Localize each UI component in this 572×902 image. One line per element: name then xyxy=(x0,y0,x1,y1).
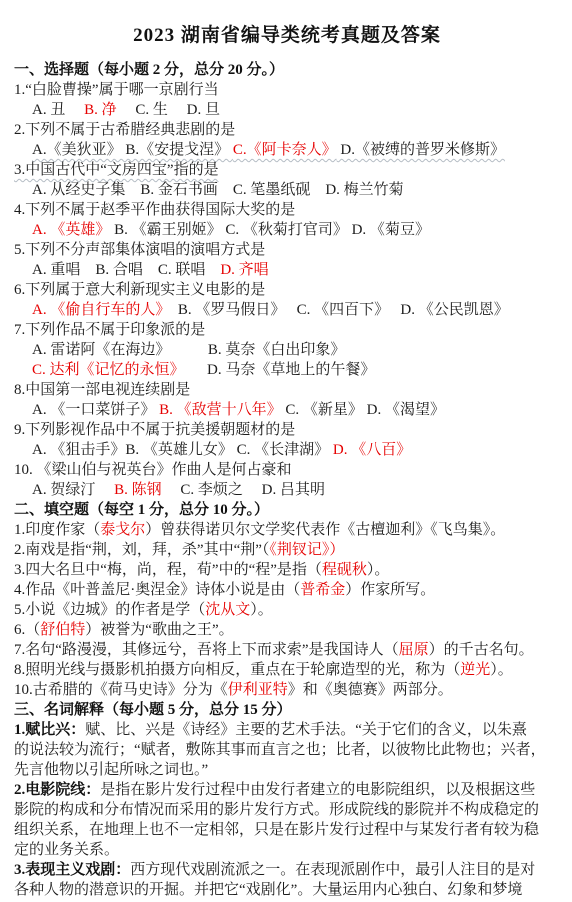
option-line: A. 《英雄》 B. 《霸王别姬》 C. 《秋菊打官司》 D. 《菊豆》 xyxy=(14,220,560,240)
question-stem: 1.“白脸曹操”属于哪一京剧行当 xyxy=(14,80,560,100)
question-stem: 9.下列影视作品中不属于抗美援朝题材的是 xyxy=(14,420,560,440)
text-segment: 1.“白脸曹操”属于哪一京剧行当 xyxy=(14,82,219,98)
text-segment: C. 《新星》 D. 《渴望》 xyxy=(282,402,445,418)
text-segment: 4.作品《叶普盖尼·奥涅金》诗体小说是由（ xyxy=(14,582,300,598)
blank-item-line: 6.（舒伯特）被誉为“歌曲之王”。 xyxy=(14,620,560,640)
text-segment: D.《被缚的普罗米修斯》 xyxy=(337,142,505,158)
option-line: A. 贺绿汀 B. 陈钢 C. 李烦之 D. 吕其明 xyxy=(14,480,560,500)
text-segment: 》和《奥德赛》两部分。 xyxy=(288,682,453,698)
text-segment: 赋、比、兴是《诗经》主要的艺术手法。“关于它们的含义，以朱熹 xyxy=(85,722,527,738)
text-segment: 3.中国古代中“文房四宝”指的是 xyxy=(14,162,219,178)
text-segment: 4.下列不属于赵季平作曲获得国际大奖的是 xyxy=(14,202,295,218)
text-segment: 9.下列影视作品中不属于抗美援朝题材的是 xyxy=(14,422,295,438)
text-segment: 2.下列不属于古希腊经典悲剧的是 xyxy=(14,122,235,138)
text-segment: B. 《罗马假日》 C. 《四百下》 D. 《公民凯恩》 xyxy=(163,302,509,318)
text-segment: 8.中国第一部电视连续剧是 xyxy=(14,382,190,398)
text-segment: 2.电影院线： xyxy=(14,782,100,798)
text-segment: 5.下列不分声部集体演唱的演唱方式是 xyxy=(14,242,265,258)
blank-item-line: 10.古希腊的《荷马史诗》分为《伊利亚特》和《奥德赛》两部分。 xyxy=(14,680,560,700)
answer-text: C. 达利《记忆的永恒》 xyxy=(32,362,177,378)
text-segment: A. 丑 xyxy=(32,102,84,118)
answer-text: 伊利亚特 xyxy=(228,682,288,698)
definition-line: 2.电影院线：是指在影片发行过程中由发行者建立的电影院组织，以及根据这些 xyxy=(14,780,560,800)
definition-line: 各种人物的潜意识的开掘。并把它“戏剧化”。大量运用内心独白、幻象和梦境 xyxy=(14,880,560,900)
text-segment: 6.下列属于意大利新现实主义电影的是 xyxy=(14,282,265,298)
text-segment: C. 生 D. 旦 xyxy=(117,102,220,118)
text-segment: 8.照明光线与摄影机拍摄方向相反，重点在于轮廓造型的光，称为（ xyxy=(14,662,460,678)
option-line: C. 达利《记忆的永恒》 D. 马奈《草地上的午餐》 xyxy=(14,360,560,380)
text-segment: ）。 xyxy=(367,562,390,578)
question-stem: 7.下列作品不属于印象派的是 xyxy=(14,320,560,340)
text-segment: 3.表现主义戏剧： xyxy=(14,862,130,878)
text-segment: 10.古希腊的《荷马史诗》分为《 xyxy=(14,682,228,698)
text-segment: 各种人物的潜意识的开掘。并把它“戏剧化”。大量运用内心独白、幻象和梦境 xyxy=(14,882,522,898)
question-stem: 10. 《梁山伯与祝英台》作曲人是何占豪和 xyxy=(14,460,560,480)
blank-item-line: 3.四大名旦中“梅，尚，程，荀”中的“程”是指（程砚秋）。 xyxy=(14,560,560,580)
answer-text: 逆光 xyxy=(460,662,490,678)
answer-text: B. 净 xyxy=(84,102,117,118)
question-stem: 3.中国古代中“文房四宝”指的是 xyxy=(14,160,560,180)
text-segment: ）曾获得诺贝尔文学奖代表作《古檀迦利》《飞鸟集》。 xyxy=(145,522,505,538)
text-segment: 7.下列作品不属于印象派的是 xyxy=(14,322,205,338)
document-body: 一、选择题（每小题 2 分，总分 20 分。）1.“白脸曹操”属于哪一京剧行当A… xyxy=(14,60,560,900)
text-segment: 影院的构成和分布情况而采用的影片发行方式。形成院线的影院并不构成稳定的 xyxy=(14,802,539,818)
text-segment: D. 马奈《草地上的午餐》 xyxy=(177,362,375,378)
answer-text: 普希金 xyxy=(300,582,345,598)
section-heading-choice: 一、选择题（每小题 2 分，总分 20 分。） xyxy=(14,60,560,80)
text-segment: A. 从经史子集 B. 金石书画 C. 笔墨纸砚 D. 梅兰竹菊 xyxy=(32,182,404,198)
text-segment: 1.印度作家（ xyxy=(14,522,100,538)
answer-text: A. 《英雄》 xyxy=(32,222,110,238)
definition-line: 1.赋比兴：赋、比、兴是《诗经》主要的艺术手法。“关于它们的含义，以朱熹 xyxy=(14,720,560,740)
section-heading-blank: 二、填空题（每空 1 分，总分 10 分。） xyxy=(14,500,560,520)
question-stem: 6.下列属于意大利新现实主义电影的是 xyxy=(14,280,560,300)
text-segment: A. 贺绿汀 xyxy=(32,482,114,498)
text-segment: 2.南戏是指“荆，刘，拜，杀”其中“荆”（ xyxy=(14,542,269,558)
text-segment: 3.四大名旦中“梅，尚，程，荀”中的“程”是指（ xyxy=(14,562,322,578)
question-stem: 8.中国第一部电视连续剧是 xyxy=(14,380,560,400)
option-line: A. 丑 B. 净 C. 生 D. 旦 xyxy=(14,100,560,120)
text-segment: 1.赋比兴： xyxy=(14,722,85,738)
text-segment: ）。 xyxy=(250,602,273,618)
text-segment: 10. 《梁山伯与祝英台》作曲人是何占豪和 xyxy=(14,462,292,478)
text-segment: B. 《霸王别姬》 C. 《秋菊打官司》 D. 《菊豆》 xyxy=(110,222,430,238)
option-line: A. 从经史子集 B. 金石书画 C. 笔墨纸砚 D. 梅兰竹菊 xyxy=(14,180,560,200)
text-segment: 7.名句“路漫漫，其修远兮，吾将上下而求索”是我国诗人（ xyxy=(14,642,399,658)
blank-item-line: 8.照明光线与摄影机拍摄方向相反，重点在于轮廓造型的光，称为（逆光）。 xyxy=(14,660,560,680)
answer-text: 舒伯特 xyxy=(40,622,85,638)
page-title: 2023 湖南省编导类统考真题及答案 xyxy=(14,20,560,47)
blank-item-line: 4.作品《叶普盖尼·奥涅金》诗体小说是由（普希金）作家所写。 xyxy=(14,580,560,600)
answer-text: 程砚秋 xyxy=(322,562,367,578)
text-segment: ）。 xyxy=(490,662,513,678)
text-segment: A.《美狄亚》 B.《安提戈涅》 xyxy=(32,142,233,158)
definition-line: 先言他物以引起所咏之词也。” xyxy=(14,760,560,780)
text-segment: ）被誉为“歌曲之王”。 xyxy=(85,622,233,638)
text-segment: 6.（ xyxy=(14,622,40,638)
answer-text: 屈原 xyxy=(399,642,429,658)
text-segment: A. 《狙击手》B. 《英雄儿女》 C. 《长津湖》 xyxy=(32,442,333,458)
text-segment: C. 李烦之 D. 吕其明 xyxy=(162,482,325,498)
definition-line: 组织关系，在地理上也不一定相邻，只是在影片发行过程中与某发行者有较为稳 xyxy=(14,820,560,840)
answer-text: D. 《八百》 xyxy=(333,442,411,458)
blank-item-line: 1.印度作家（泰戈尔）曾获得诺贝尔文学奖代表作《古檀迦利》《飞鸟集》。 xyxy=(14,520,560,540)
text-segment: 先言他物以引起所咏之词也。” xyxy=(14,762,208,778)
answer-text: B. 陈钢 xyxy=(114,482,162,498)
text-segment: 组织关系，在地理上也不一定相邻，只是在影片发行过程中与某发行者有较为稳 xyxy=(14,822,539,838)
blank-item-line: 2.南戏是指“荆，刘，拜，杀”其中“荆”（《荆钗记》） xyxy=(14,540,560,560)
answer-text: 泰戈尔 xyxy=(100,522,145,538)
text-segment: A. 重唱 B. 合唱 C. 联唱 xyxy=(32,262,220,278)
answer-text: D. 齐唱 xyxy=(220,262,268,278)
definition-line: 影院的构成和分布情况而采用的影片发行方式。形成院线的影院并不构成稳定的 xyxy=(14,800,560,820)
question-stem: 4.下列不属于赵季平作曲获得国际大奖的是 xyxy=(14,200,560,220)
question-stem: 2.下列不属于古希腊经典悲剧的是 xyxy=(14,120,560,140)
option-line: A. 《狙击手》B. 《英雄儿女》 C. 《长津湖》 D. 《八百》 xyxy=(14,440,560,460)
answer-text: C.《阿卡奈人》 xyxy=(233,142,337,158)
definition-line: 定的业务关系。 xyxy=(14,840,560,860)
answer-text: B. 《敌营十八年》 xyxy=(159,402,282,418)
blank-item-line: 5.小说《边城》的作者是学（沈从文）。 xyxy=(14,600,560,620)
answer-text: 沈从文 xyxy=(205,602,250,618)
blank-item-line: 7.名句“路漫漫，其修远兮，吾将上下而求索”是我国诗人（屈原）的千古名句。 xyxy=(14,640,560,660)
text-segment: A. 《一口菜饼子》 xyxy=(32,402,159,418)
text-segment: 西方现代戏剧流派之一。在表现派剧作中，最引人注目的是对 xyxy=(130,862,535,878)
text-segment: 的说法较为流行；“赋者，敷陈其事而直言之也；比者，以彼物比此物也；兴者， xyxy=(14,742,546,758)
exam-page: 2023 湖南省编导类统考真题及答案 一、选择题（每小题 2 分，总分 20 分… xyxy=(0,0,572,900)
option-line: A.《美狄亚》 B.《安提戈涅》 C.《阿卡奈人》 D.《被缚的普罗米修斯》 xyxy=(14,140,560,160)
text-segment: A. 雷诺阿《在海边》 B. 莫奈《白出印象》 xyxy=(32,342,345,358)
option-line: A. 重唱 B. 合唱 C. 联唱 D. 齐唱 xyxy=(14,260,560,280)
option-line: A. 雷诺阿《在海边》 B. 莫奈《白出印象》 xyxy=(14,340,560,360)
text-segment: 是指在影片发行过程中由发行者建立的电影院组织，以及根据这些 xyxy=(100,782,535,798)
text-segment: 定的业务关系。 xyxy=(14,842,119,858)
answer-text: A. 《偷自行车的人》 xyxy=(32,302,163,318)
answer-text: 《荆钗记》） xyxy=(269,542,344,558)
option-line: A. 《一口菜饼子》 B. 《敌营十八年》 C. 《新星》 D. 《渴望》 xyxy=(14,400,560,420)
text-segment: ）的千古名句。 xyxy=(429,642,534,658)
definition-line: 的说法较为流行；“赋者，敷陈其事而直言之也；比者，以彼物比此物也；兴者， xyxy=(14,740,560,760)
question-stem: 5.下列不分声部集体演唱的演唱方式是 xyxy=(14,240,560,260)
definition-line: 3.表现主义戏剧：西方现代戏剧流派之一。在表现派剧作中，最引人注目的是对 xyxy=(14,860,560,880)
text-segment: 5.小说《边城》的作者是学（ xyxy=(14,602,205,618)
section-heading-terms: 三、名词解释（每小题 5 分，总分 15 分） xyxy=(14,700,560,720)
option-line: A. 《偷自行车的人》 B. 《罗马假日》 C. 《四百下》 D. 《公民凯恩》 xyxy=(14,300,560,320)
text-segment: ）作家所写。 xyxy=(345,582,435,598)
